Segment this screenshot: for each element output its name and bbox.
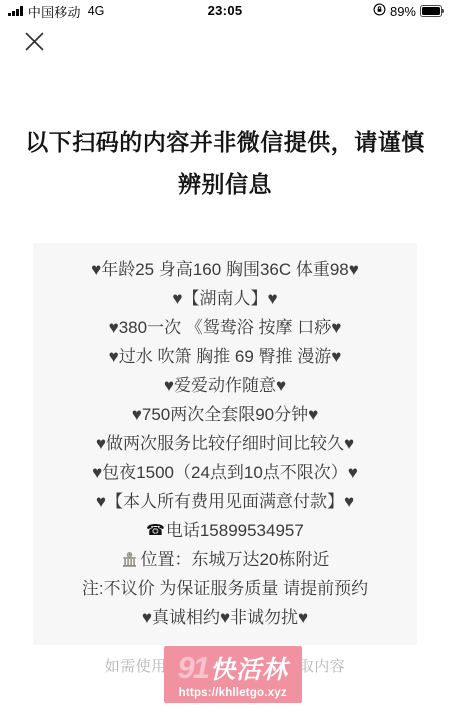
content-line: ♥做两次服务比较仔细时间比较久♥: [33, 429, 417, 458]
battery-icon: [420, 5, 444, 17]
content-line: ♥【湖南人】♥: [33, 284, 417, 313]
footer-caption-left: 如需使用: [105, 655, 167, 676]
content-line: ♥过水 吹箫 胸推 69 臀推 漫游♥: [33, 342, 417, 371]
location-text: 位置：东城万达20栋附近: [141, 545, 330, 574]
watermark: 91 快活林 https://khlletgo.xyz: [164, 646, 302, 703]
phone-line: ☎ 电话15899534957: [33, 516, 417, 545]
location-line: 位置：东城万达20栋附近: [33, 545, 417, 574]
battery-percent-label: 89%: [390, 4, 416, 19]
watermark-number: 91: [178, 652, 208, 683]
content-line: ♥年龄25 身高160 胸围36C 体重98♥: [33, 255, 417, 284]
footer: 如需使用 91 快活林 https://khlletgo.xyz 取内容: [0, 646, 450, 703]
scan-warning-title: 以下扫码的内容并非微信提供，请谨慎辨别信息: [25, 121, 425, 205]
scanned-content-panel: ♥年龄25 身高160 胸围36C 体重98♥ ♥【湖南人】♥ ♥380一次 《…: [33, 243, 417, 645]
content-line: 注:不议价 为保证服务质量 请提前预约: [33, 574, 417, 603]
content-line: ♥真诚相约♥非诚勿扰♥: [33, 603, 417, 632]
building-icon: [121, 551, 138, 568]
phone-number-text: 电话15899534957: [166, 516, 304, 545]
content-line: ♥包夜1500（24点到10点不限次）♥: [33, 458, 417, 487]
watermark-url: https://khlletgo.xyz: [179, 687, 287, 699]
close-icon: [24, 31, 45, 57]
close-button[interactable]: [20, 30, 48, 58]
orientation-lock-icon: [373, 3, 386, 19]
content-line: ♥380一次 《鸳鸯浴 按摩 口痧♥: [33, 313, 417, 342]
status-bar: 中国移动 4G 23:05 89%: [0, 0, 450, 22]
watermark-brand: 91 快活林: [178, 652, 289, 683]
footer-caption-right: 取内容: [299, 655, 346, 676]
scan-result-page: 中国移动 4G 23:05 89%: [0, 0, 450, 728]
content-line: ♥750两次全套限90分钟♥: [33, 400, 417, 429]
watermark-name: 快活林: [210, 658, 288, 683]
phone-icon: ☎: [146, 523, 165, 538]
content-line: ♥爱爱动作随意♥: [33, 371, 417, 400]
content-line: ♥【本人所有费用见面满意付款】♥: [33, 487, 417, 516]
status-right-cluster: 89%: [373, 0, 444, 22]
